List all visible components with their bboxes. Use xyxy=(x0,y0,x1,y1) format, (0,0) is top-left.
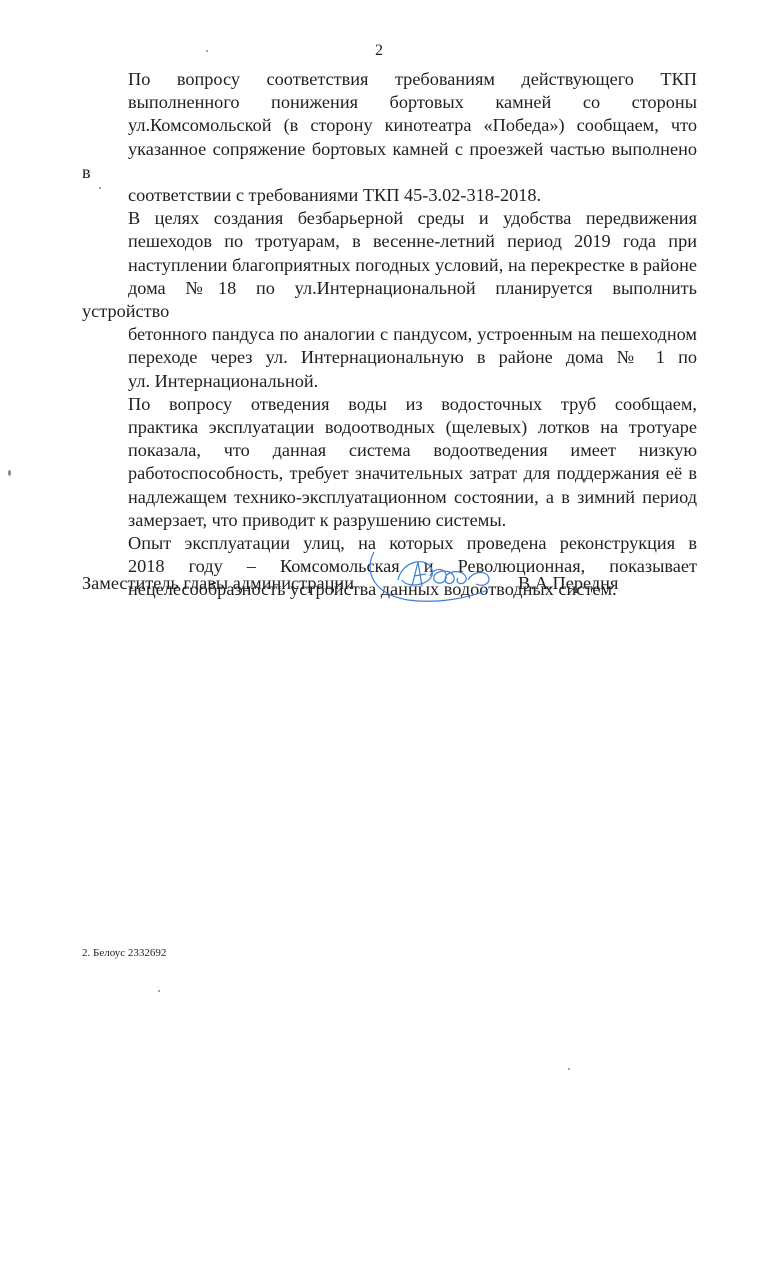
paragraph-drainage: По вопросу отведения воды из водосточных… xyxy=(82,393,697,532)
text-line: пешеходов по тротуарам, в весенне-летний… xyxy=(82,230,697,253)
page-number: 2 xyxy=(0,42,758,60)
text-line: дома №18 по ул.Интернациональной планиру… xyxy=(82,277,697,323)
letter-body: По вопросу соответствия требованиям дейс… xyxy=(82,68,697,602)
scan-speck xyxy=(158,990,160,992)
text-line: выполненного понижения бортовых камней с… xyxy=(82,91,697,114)
text-line: надлежащем технико-эксплуатационном сост… xyxy=(82,486,697,509)
paragraph-curb-lowering: По вопросу соответствия требованиям дейс… xyxy=(82,68,697,207)
signatory-title: Заместитель главы администрации xyxy=(82,573,354,594)
text-line: наступлении благоприятных погодных услов… xyxy=(82,254,697,277)
text-line: соответствии с требованиями ТКП 45-3.02-… xyxy=(82,184,697,207)
text-line: По вопросу отведения воды из водосточных… xyxy=(82,393,697,416)
text-line: По вопросу соответствия требованиям дейс… xyxy=(82,68,697,91)
text-line: замерзает, что приводит к разрушению сис… xyxy=(82,509,697,532)
scan-speck xyxy=(99,187,101,189)
scan-speck xyxy=(206,50,208,52)
text-line: показала, что данная система водоотведен… xyxy=(82,439,697,462)
text-line: бетонного пандуса по аналогии с пандусом… xyxy=(82,323,697,346)
text-line: работоспособность, требует значительных … xyxy=(82,462,697,485)
signatory-name: В.А.Передня xyxy=(518,573,618,594)
text-line: переходе через ул. Интернациональную в р… xyxy=(82,346,697,369)
text-line: ул.Комсомольской (в сторону кинотеатра «… xyxy=(82,114,697,137)
scan-speck xyxy=(568,1068,570,1070)
scan-speck xyxy=(8,470,11,476)
text-line: указанное сопряжение бортовых камней с п… xyxy=(82,138,697,184)
text-line: ул. Интернациональной. xyxy=(82,370,697,393)
text-line: В целях создания безбарьерной среды и уд… xyxy=(82,207,697,230)
handwritten-signature-icon xyxy=(368,550,508,610)
paragraph-barrier-free: В целях создания безбарьерной среды и уд… xyxy=(82,207,697,393)
text-line: практика эксплуатации водоотводных (щеле… xyxy=(82,416,697,439)
executor-note: 2. Белоус 2332692 xyxy=(82,947,166,959)
signature-block: Заместитель главы администрации В.А.Пере… xyxy=(82,570,642,610)
